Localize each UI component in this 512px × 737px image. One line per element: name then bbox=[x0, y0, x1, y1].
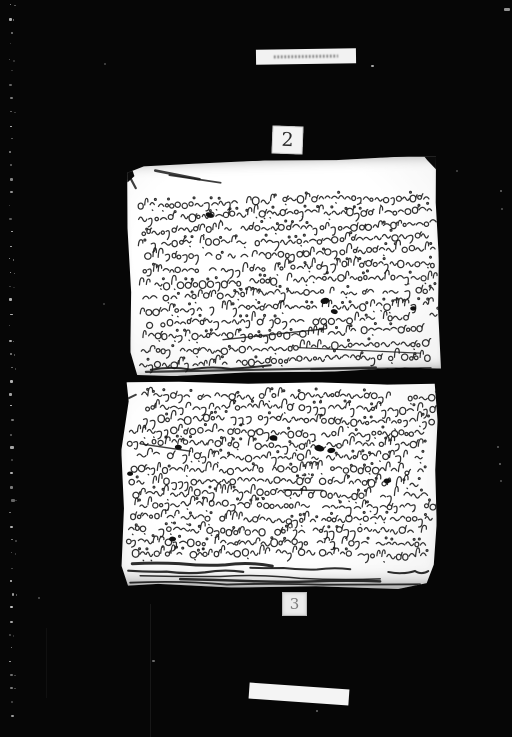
blank-label-strip bbox=[249, 683, 350, 706]
microfilm-frame: 2 3 bbox=[0, 0, 512, 737]
caption-text-smear bbox=[274, 54, 338, 58]
manuscript-page-lower bbox=[120, 381, 438, 590]
handwriting-lower-icon bbox=[120, 381, 438, 590]
caption-strip bbox=[256, 48, 356, 64]
page-marker-2-label: 2 bbox=[281, 130, 294, 149]
page-marker-3: 3 bbox=[282, 592, 307, 616]
manuscript-page-upper bbox=[125, 156, 442, 378]
page-marker-2: 2 bbox=[272, 125, 304, 154]
page-marker-3-label: 3 bbox=[290, 597, 300, 612]
handwriting-upper-icon bbox=[125, 156, 442, 378]
